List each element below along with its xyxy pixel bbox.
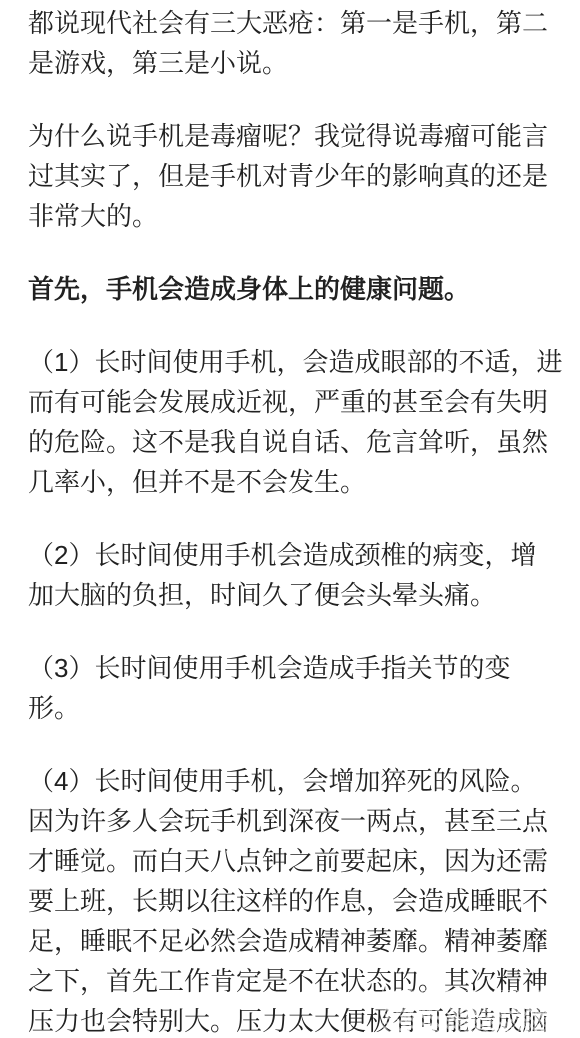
section-heading-health: 首先，手机会造成身体上的健康问题。 — [28, 269, 552, 309]
paragraph-point-2-neck: （2）长时间使用手机会造成颈椎的病变，增 加大脑的负担，时间久了便会头晕头痛。 — [28, 535, 552, 615]
text-line: （3）长时间使用手机会造成手指关节的变 — [28, 648, 552, 688]
paragraph-point-1-eyes: （1）长时间使用手机，会造成眼部的不适，进 而有可能会发展成近视，严重的甚至会有… — [28, 342, 552, 502]
text-line: 而有可能会发展成近视，严重的甚至会有失明 — [28, 382, 552, 422]
article-body: 都说现代社会有三大恶疮：第一是手机，第二 是游戏，第三是小说。 为什么说手机是毒… — [0, 0, 580, 1038]
text-line: 形。 — [28, 688, 552, 728]
text-line: 之下，首先工作肯定是不在状态的。其次精神 — [28, 961, 552, 1001]
text-line: 压力也会特别大。压力太大便极有可能造成脑 — [28, 1001, 552, 1038]
text-line: 因为许多人会玩手机到深夜一两点，甚至三点 — [28, 801, 552, 841]
paragraph-point-3-fingers: （3）长时间使用手机会造成手指关节的变 形。 — [28, 648, 552, 728]
heading-line: 首先，手机会造成身体上的健康问题。 — [28, 269, 552, 309]
text-line: （1）长时间使用手机，会造成眼部的不适，进 — [28, 342, 552, 382]
text-line: 为什么说手机是毒瘤呢？我觉得说毒瘤可能言 — [28, 116, 552, 156]
paragraph-why-phone: 为什么说手机是毒瘤呢？我觉得说毒瘤可能言 过其实了，但是手机对青少年的影响真的还… — [28, 116, 552, 236]
text-line: 是游戏，第三是小说。 — [28, 43, 552, 83]
paragraph-point-4-sudden-death: （4）长时间使用手机，会增加猝死的风险。 因为许多人会玩手机到深夜一两点，甚至三… — [28, 761, 552, 1038]
paragraph-intro: 都说现代社会有三大恶疮：第一是手机，第二 是游戏，第三是小说。 — [28, 3, 552, 83]
text-line: （2）长时间使用手机会造成颈椎的病变，增 — [28, 535, 552, 575]
text-line: 的危险。这不是我自说自话、危言耸听，虽然 — [28, 422, 552, 462]
text-line: 过其实了，但是手机对青少年的影响真的还是 — [28, 156, 552, 196]
text-line: 几率小，但并不是不会发生。 — [28, 462, 552, 502]
text-line: （4）长时间使用手机，会增加猝死的风险。 — [28, 761, 552, 801]
text-line: 非常大的。 — [28, 196, 552, 236]
text-line: 足，睡眠不足必然会造成精神萎靡。精神萎靡 — [28, 921, 552, 961]
text-line: 要上班，长期以往这样的作息，会造成睡眠不 — [28, 881, 552, 921]
text-line: 加大脑的负担，时间久了便会头晕头痛。 — [28, 575, 552, 615]
text-line: 才睡觉。而白天八点钟之前要起床，因为还需 — [28, 841, 552, 881]
text-line: 都说现代社会有三大恶疮：第一是手机，第二 — [28, 3, 552, 43]
